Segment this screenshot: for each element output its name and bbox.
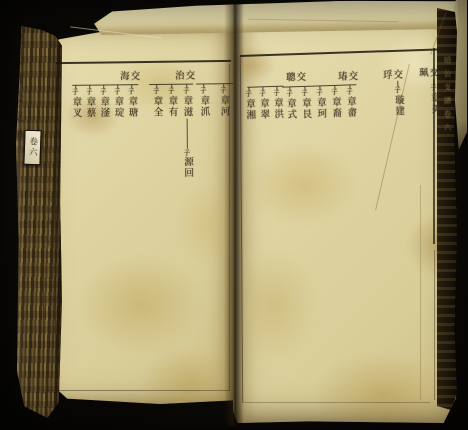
frame-rule-left-bottom xyxy=(43,390,230,391)
lineage-group: 治交子章滋子源回子章有子章全 xyxy=(149,71,194,179)
relation-label: 子 xyxy=(184,149,191,157)
person-name: 章式 xyxy=(283,98,298,120)
person-name: 章艮 xyxy=(298,97,313,119)
lineage-group: 琈交子璇建 xyxy=(387,70,406,117)
person-name: 章美 xyxy=(427,92,442,114)
relation-label: 子 xyxy=(153,88,160,96)
lineage-group: 聰交子章洪子章翠子章湘 xyxy=(247,73,285,121)
descendant-entry: 子章翠 xyxy=(255,87,270,120)
descendant-entry: 子章蔡 xyxy=(82,86,96,119)
descendant-entry: 子章瑭 xyxy=(124,85,138,118)
left-page-lineage-chart: 子章河子章沠治交子章滋子源回子章有子章全海交子章瑭子章琔子章滏子章蔡子章叉 xyxy=(57,62,236,386)
descendant-entry: 子章艮 xyxy=(297,87,312,120)
person-name: 章河 xyxy=(216,95,230,117)
descendant-entry: 子章全 xyxy=(149,85,164,179)
book-scan: 鄒氏培公支譜 卷六 培公支譜卷六 邵陵鄒氏培公支譜卷六 子章河子章沠治交子章滋子… xyxy=(0,0,468,430)
descendant-entry: 子章沠 xyxy=(196,84,210,117)
children-row: 子章美 xyxy=(424,78,441,114)
under-page-edge-title: 培公支譜卷六 xyxy=(442,56,453,256)
descendant-entry: 子章珂 xyxy=(312,86,327,119)
descendant-entry: 子章式 xyxy=(282,87,297,120)
relation-label: 子 xyxy=(86,89,93,97)
frame-rule-right-bottom xyxy=(242,402,430,403)
person-name: 章沠 xyxy=(196,95,210,117)
descendant-entry: 子章有 xyxy=(164,85,179,179)
person-name: 源回 xyxy=(180,157,194,179)
person-name: 章蔡 xyxy=(82,96,96,118)
ancestor-name: 琈交 xyxy=(383,70,404,82)
relation-label: 子 xyxy=(128,88,135,96)
person-name: 章全 xyxy=(149,95,163,117)
descendant-entry: 子章裔 xyxy=(327,86,342,119)
ancestor-name: 瑃交 xyxy=(338,71,359,83)
person-name: 璇建 xyxy=(391,94,406,116)
descendant-entry: 子章滋子源回 xyxy=(179,85,194,179)
volume-label: 卷六 xyxy=(26,137,39,158)
person-name: 章珂 xyxy=(313,97,328,119)
relation-label: 子 xyxy=(114,88,121,96)
children-row: 子章河子章沠 xyxy=(196,83,236,117)
descendant-entry: 子章河 xyxy=(216,84,230,117)
person-name: 章叉 xyxy=(68,96,82,118)
lineage-group: 珮交子章美 xyxy=(424,67,442,114)
descent-line xyxy=(186,118,187,148)
descendant-entry: 子章琔 xyxy=(110,85,124,118)
spine-title: 鄒氏培公支譜 xyxy=(9,34,26,204)
ancestor-name: 治交 xyxy=(175,71,196,82)
left-fold-running-title: 邵陵鄒氏培公支譜卷六 xyxy=(44,196,55,320)
descendant-entry: 子章畬 xyxy=(342,85,357,118)
ancestor-name: 海交 xyxy=(120,71,141,82)
frame-rule-left-fold-inner xyxy=(55,62,56,394)
relation-label: 子 xyxy=(168,88,175,96)
person-name: 章有 xyxy=(164,95,178,117)
volume-label-slip: 卷六 xyxy=(23,130,41,166)
children-row: 子章洪子章翠子章湘 xyxy=(247,86,284,121)
descendant-entry: 子章叉 xyxy=(68,86,82,119)
descendant-entry: 子璇建 xyxy=(390,81,405,117)
person-name: 章琔 xyxy=(110,96,124,118)
children-row: 子章瑭子章琔子章滏子章蔡子章叉 xyxy=(72,84,138,118)
lineage-group: 子章河子章沠 xyxy=(196,70,236,117)
descendant-entry: 子章美 xyxy=(426,78,441,114)
children-row: 子章畬子章裔子章珂子章艮子章式 xyxy=(282,84,357,120)
ancestor-name: 聰交 xyxy=(286,72,307,84)
descendant-entry: 子章洪 xyxy=(269,87,284,120)
children-row: 子章滋子源回子章有子章全 xyxy=(149,84,194,179)
person-name: 章滏 xyxy=(96,96,110,118)
children-row: 子璇建 xyxy=(387,81,405,117)
person-name: 章洪 xyxy=(270,97,285,119)
relation-label: 子 xyxy=(72,89,79,97)
lineage-group: 海交子章瑭子章琔子章滏子章蔡子章叉 xyxy=(72,71,138,118)
relation-label: 子 xyxy=(183,88,190,96)
person-name: 章滋 xyxy=(179,95,193,117)
relation-label: 子 xyxy=(220,87,227,95)
ancestor-name: 珮交 xyxy=(419,67,440,79)
person-name: 章瑭 xyxy=(124,96,138,118)
descendant-entry: 子章滏 xyxy=(96,85,110,118)
descendant-entry: 子章湘 xyxy=(241,88,256,121)
relation-label: 子 xyxy=(100,88,107,96)
person-name: 章裔 xyxy=(328,96,343,118)
person-name: 章湘 xyxy=(242,98,257,120)
relation-label: 子 xyxy=(200,87,207,95)
person-name: 章翠 xyxy=(256,98,271,120)
right-page-lineage-chart: 珮交子章美琈交子璇建瑃交子章畬子章裔子章珂子章艮子章式聰交子章洪子章翠子章湘 xyxy=(241,40,448,396)
person-name: 章畬 xyxy=(343,96,358,118)
